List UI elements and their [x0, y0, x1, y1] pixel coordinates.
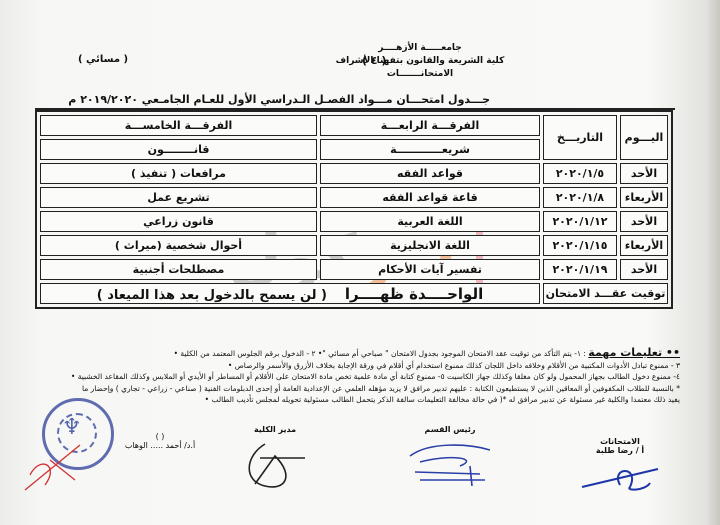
- cell-year4-subject: اللغة العربية: [320, 211, 540, 232]
- cell-date: ٢٠٢٠/١/١٢: [543, 211, 617, 232]
- cell-day: الأربعاء: [620, 187, 668, 208]
- department-name: الامتحانـــــــات: [320, 68, 520, 81]
- signature-title: مدير الكلية: [235, 425, 315, 434]
- instructions-line: يفيد ذلك معتمدا والكلية غير مسئولة عن تد…: [30, 394, 680, 406]
- table-row: الأربعاء ٢٠٢٠/١/٨ قاعة قواعد الفقه تشريع…: [40, 187, 668, 208]
- cell-year5-subject: مصطلحات أجنبية: [40, 259, 317, 280]
- cell-day: الأربعاء: [620, 235, 668, 256]
- session-label: ( مسائي ): [78, 54, 128, 65]
- table-row: الأربعاء ٢٠٢٠/١/١٥ اللغة الانجليزية أحوا…: [40, 235, 668, 256]
- instructions-line: ٤- ممنوع دخول الطالب بجهاز المحمول ولو ك…: [30, 371, 680, 383]
- exam-time-label: توقيت عقـــد الامتحان: [543, 283, 668, 304]
- cell-year4-subject: اللغة الانجليزية: [320, 235, 540, 256]
- cell-year4-subject: تفسير آيات الأحكام: [320, 259, 540, 280]
- col-subheader-year5: قانــــــــون: [40, 139, 317, 160]
- cell-year4-subject: قاعة قواعد الفقه: [320, 187, 540, 208]
- table-row: الأحد ٢٠٢٠/١/١٩ تفسير آيات الأحكام مصطلح…: [40, 259, 668, 280]
- signature-director: مدير الكلية: [235, 425, 315, 491]
- table-header-row: اليـــوم التاريـــخ الفرقـــة الرابعـــة…: [40, 115, 668, 136]
- scanned-document-page: جامعـــــة الأزهــــر كلية الشريعة والقا…: [0, 0, 720, 525]
- cell-date: ٢٠٢٠/١/٥: [543, 163, 617, 184]
- university-name: جامعـــــة الأزهــــر: [320, 42, 520, 55]
- col-header-year4: الفرقـــة الرابعـــة: [320, 115, 540, 136]
- col-header-year5: الفرقـــة الخامســـة: [40, 115, 317, 136]
- handwritten-signature-icon: [400, 436, 500, 486]
- signature-department-head: رئيس القسم: [400, 425, 500, 486]
- exam-time-cell: الواحــــدة ظهــــرا ( لن يسمح بالدخول ب…: [40, 283, 540, 304]
- dean-parens: ( ): [100, 432, 220, 441]
- cell-year5-subject: قانون زراعي: [40, 211, 317, 232]
- cell-year5-subject: أحوال شخصية (ميراث ): [40, 235, 317, 256]
- signature-title: الامتحانات: [580, 437, 660, 446]
- cell-year5-subject: مرافعات ( تنفيذ ): [40, 163, 317, 184]
- cell-date: ٢٠٢٠/١/١٩: [543, 259, 617, 280]
- cell-date: ٢٠٢٠/١/٨: [543, 187, 617, 208]
- signature-exams: الامتحانات أ / رضا طلبة: [580, 437, 660, 491]
- cell-date: ٢٠٢٠/١/١٥: [543, 235, 617, 256]
- handwritten-signature-icon: [580, 457, 660, 491]
- col-subheader-year4: شريعــــــــــــة: [320, 139, 540, 160]
- handwritten-signature-icon: [235, 436, 315, 491]
- exam-time-value: الواحــــدة ظهــــرا: [345, 285, 483, 303]
- institution-header: جامعـــــة الأزهــــر كلية الشريعة والقا…: [320, 42, 520, 81]
- instructions-heading: •• تعليمات مهمة: [588, 347, 680, 359]
- signature-title: رئيس القسم: [400, 425, 500, 434]
- instructions-block: •• تعليمات مهمة : ١- يتم التأكد من توقيت…: [30, 347, 680, 406]
- faculty-name: كلية الشريعة والقانون بتفهنا الأشراف: [320, 55, 520, 68]
- cell-day: الأحد: [620, 259, 668, 280]
- exam-schedule-table: اليـــوم التاريـــخ الفرقـــة الرابعـــة…: [35, 110, 673, 309]
- cell-day: الأحد: [620, 211, 668, 232]
- red-signature-icon: [20, 435, 100, 495]
- col-header-day: اليـــوم: [620, 115, 668, 160]
- exam-time-row: توقيت عقـــد الامتحان الواحــــدة ظهــــ…: [40, 283, 668, 304]
- cell-year4-subject: قواعد الفقه: [320, 163, 540, 184]
- cell-day: الأحد: [620, 163, 668, 184]
- cell-year5-subject: تشريع عمل: [40, 187, 317, 208]
- signature-dean: ( ) أ.د/ أحمد ..... الوهاب: [100, 432, 220, 450]
- col-header-date: التاريـــخ: [543, 115, 617, 160]
- page-number: ( ٤ ): [362, 54, 386, 67]
- instructions-line: ٣ - ممنوع تبادل الأدوات المكتبية من الأق…: [30, 360, 680, 372]
- signature-name: أ / رضا طلبة: [580, 446, 660, 455]
- table-row: الأحد ٢٠٢٠/١/١٢ اللغة العربية قانون زراع…: [40, 211, 668, 232]
- document-title: جـــدول امتحـــان مـــواد الفصـل الـدراس…: [68, 93, 490, 106]
- instructions-line: •• تعليمات مهمة : ١- يتم التأكد من توقيت…: [30, 347, 680, 360]
- table-row: الأحد ٢٠٢٠/١/٥ قواعد الفقه مرافعات ( تنف…: [40, 163, 668, 184]
- exam-time-note: ( لن يسمح بالدخول بعد هذا الميعاد ): [97, 288, 327, 303]
- instructions-line: * بالنسبة للطلاب المكفوفين أو المعاقين ا…: [30, 383, 680, 395]
- signature-name: أ.د/ أحمد ..... الوهاب: [100, 441, 220, 450]
